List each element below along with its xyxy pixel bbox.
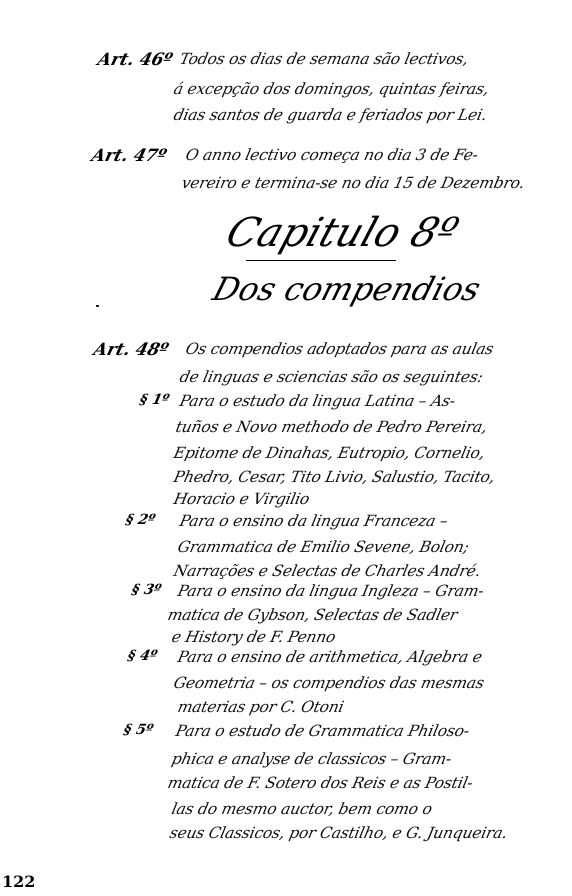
item-3-label: § 3º bbox=[130, 582, 162, 598]
item-3-line-2: matica de Gybson, Selectas de Sadler bbox=[166, 606, 459, 624]
article-46-line-3: dias santos de guarda e feriados por Lei… bbox=[172, 106, 489, 124]
article-46-line-2: á excepção dos domingos, quintas feiras, bbox=[172, 80, 491, 98]
item-3-line-3: e History de F. Penno bbox=[170, 628, 337, 646]
item-2-line-3: Narrações e Selectas de Charles André. bbox=[172, 562, 482, 580]
article-46-label: Art. 46º bbox=[96, 50, 175, 70]
article-47-label: Art. 47º bbox=[90, 146, 169, 166]
item-4-label: § 4º bbox=[126, 648, 158, 664]
item-4-line-1: Para o ensino de arithmetica, Algebra e bbox=[176, 648, 484, 666]
page-number: 122 bbox=[2, 872, 35, 891]
item-5-line-4: las do mesmo auctor, bem como o bbox=[170, 800, 434, 818]
item-4-line-2: Geometria – os compendios das mesmas bbox=[172, 674, 486, 692]
chapter-subtitle: Dos compendios bbox=[209, 270, 485, 308]
item-2-line-1: Para o ensino da lingua Franceza – bbox=[178, 512, 450, 530]
article-48-line-1: Os compendios adoptados para as aulas bbox=[184, 340, 495, 358]
article-47-line-1: O anno lectivo começa no dia 3 de Fe- bbox=[184, 146, 480, 164]
item-2-label: § 2º bbox=[124, 512, 156, 528]
item-1-label: § 1º bbox=[138, 392, 170, 408]
chapter-title-underline bbox=[246, 260, 396, 261]
article-48-line-2: de linguas e sciencias são os seguintes: bbox=[178, 368, 485, 386]
item-5-line-3: matica de F. Sotero dos Reis e as Postil… bbox=[166, 774, 474, 792]
item-1-line-3: Epitome de Dinahas, Eutropio, Cornelio, bbox=[172, 444, 487, 462]
item-1-line-4: Phedro, Cesar, Tito Livio, Salustio, Tac… bbox=[172, 468, 496, 486]
item-5-line-2: phica e analyse de classicos – Gram- bbox=[170, 750, 453, 768]
item-4-line-3: materias por C. Otoni bbox=[176, 698, 345, 716]
item-3-line-1: Para o ensino da lingua Ingleza – Gram- bbox=[176, 582, 485, 600]
article-46-line-1: Todos os dias de semana são lectivos, bbox=[178, 50, 470, 68]
chapter-title: Capitulo 8º bbox=[221, 210, 464, 256]
manuscript-page: Art. 46º Todos os dias de semana são lec… bbox=[0, 0, 572, 896]
item-5-label: § 5º bbox=[122, 722, 154, 738]
item-5-line-1: Para o estudo de Grammatica Philoso- bbox=[174, 722, 471, 740]
item-1-line-5: Horacio e Virgilio bbox=[172, 490, 311, 508]
item-5-line-5: seus Classicos, por Castilho, e G. Junqu… bbox=[168, 824, 509, 842]
item-2-line-2: Grammatica de Emilio Sevene, Bolon; bbox=[176, 538, 471, 556]
item-1-line-1: Para o estudo da lingua Latina – As- bbox=[178, 392, 457, 410]
article-48-label: Art. 48º bbox=[92, 340, 171, 360]
ink-speck bbox=[96, 305, 99, 307]
item-1-line-2: tuños e Novo methodo de Pedro Pereira, bbox=[174, 418, 489, 436]
article-47-line-2: vereiro e termina-se no dia 15 de Dezemb… bbox=[180, 174, 526, 192]
